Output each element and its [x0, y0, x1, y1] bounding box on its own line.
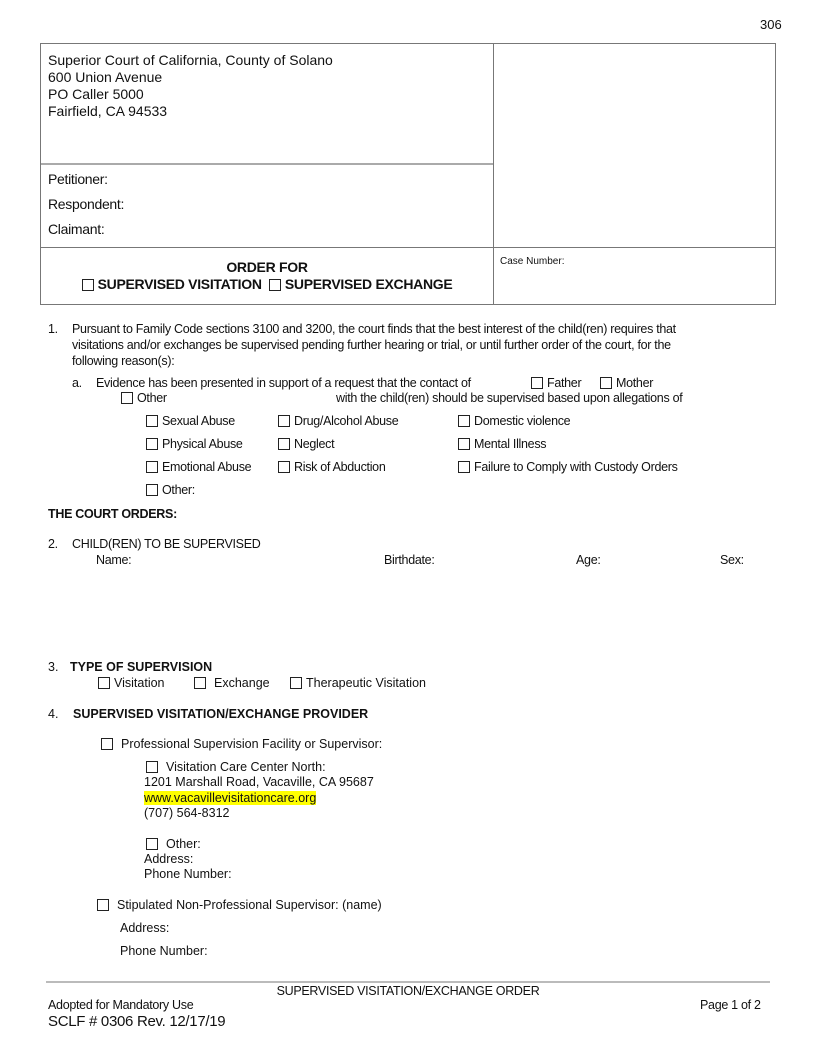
allegation-other: Other:: [146, 482, 195, 498]
stipulated-phone: Phone Number:: [120, 943, 208, 959]
mother-label: Mother: [616, 376, 653, 390]
claimant-label: Claimant:: [48, 221, 104, 237]
court-city: Fairfield, CA 94533: [48, 103, 333, 120]
divider: [493, 44, 494, 304]
neglect-checkbox[interactable]: [278, 438, 290, 450]
stipulated-option: Stipulated Non-Professional Supervisor: …: [97, 897, 382, 913]
vccn-url[interactable]: www.vacavillevisitationcare.org: [144, 790, 316, 806]
section4-title: SUPERVISED VISITATION/EXCHANGE PROVIDER: [73, 706, 368, 722]
court-street: 600 Union Avenue: [48, 69, 333, 86]
professional-checkbox[interactable]: [101, 738, 113, 750]
supervised-exchange-label: SUPERVISED EXCHANGE: [285, 276, 453, 292]
section3-number: 3.: [48, 659, 58, 675]
father-option: Father: [531, 375, 581, 391]
supervised-visitation-label: SUPERVISED VISITATION: [98, 276, 262, 292]
provider-other-option: Other:: [146, 836, 201, 852]
domestic-violence-checkbox[interactable]: [458, 415, 470, 427]
section1a-text: Evidence has been presented in support o…: [96, 375, 471, 391]
section2-number: 2.: [48, 536, 58, 552]
section2-title: CHILD(REN) TO BE SUPERVISED: [72, 536, 260, 552]
stipulated-address: Address:: [120, 920, 169, 936]
allegation-label: Other:: [162, 483, 195, 497]
allegation-risk-abduction: Risk of Abduction: [278, 459, 385, 475]
order-title: ORDER FOR: [41, 259, 493, 275]
allegation-physical-abuse: Physical Abuse: [146, 436, 243, 452]
allegation-label: Emotional Abuse: [162, 460, 251, 474]
footer-form-id: SCLF # 0306 Rev. 12/17/19: [48, 1013, 225, 1030]
physical-abuse-checkbox[interactable]: [146, 438, 158, 450]
section1-line: Pursuant to Family Code sections 3100 an…: [72, 321, 676, 337]
other-contact-option: Other: [121, 390, 167, 406]
vccn-label: Visitation Care Center North:: [166, 760, 326, 774]
father-label: Father: [547, 376, 581, 390]
type-exchange: Exchange: [194, 675, 270, 691]
section3-title: TYPE OF SUPERVISION: [70, 659, 212, 675]
therapeutic-checkbox[interactable]: [290, 677, 302, 689]
allegation-label: Drug/Alcohol Abuse: [294, 414, 398, 428]
exchange-checkbox[interactable]: [194, 677, 206, 689]
vccn-url-link[interactable]: www.vacavillevisitationcare.org: [144, 791, 316, 805]
allegation-label: Sexual Abuse: [162, 414, 235, 428]
visitation-label: Visitation: [114, 676, 165, 690]
type-visitation: Visitation: [98, 675, 165, 691]
failure-comply-checkbox[interactable]: [458, 461, 470, 473]
vccn-option: Visitation Care Center North:: [146, 759, 326, 775]
emotional-abuse-checkbox[interactable]: [146, 461, 158, 473]
order-options: SUPERVISED VISITATION SUPERVISED EXCHANG…: [41, 276, 493, 292]
allegation-neglect: Neglect: [278, 436, 334, 452]
supervised-exchange-checkbox[interactable]: [269, 279, 281, 291]
divider: [41, 163, 493, 165]
child-age-label: Age:: [576, 552, 601, 568]
child-name-label: Name:: [96, 552, 131, 568]
therapeutic-label: Therapeutic Visitation: [306, 676, 426, 690]
page-number-top: 306: [760, 17, 782, 32]
risk-abduction-checkbox[interactable]: [278, 461, 290, 473]
mother-option: Mother: [600, 375, 653, 391]
drug-alcohol-checkbox[interactable]: [278, 415, 290, 427]
supervised-visitation-checkbox[interactable]: [82, 279, 94, 291]
vccn-address: 1201 Marshall Road, Vacaville, CA 95687: [144, 774, 374, 790]
section1-line: visitations and/or exchanges be supervis…: [72, 337, 676, 353]
visitation-checkbox[interactable]: [98, 677, 110, 689]
court-address: Superior Court of California, County of …: [48, 52, 333, 120]
child-birthdate-label: Birthdate:: [384, 552, 435, 568]
child-sex-label: Sex:: [720, 552, 744, 568]
allegation-drug-alcohol: Drug/Alcohol Abuse: [278, 413, 398, 429]
footer-page: Page 1 of 2: [700, 998, 761, 1012]
section1-line: following reason(s):: [72, 353, 676, 369]
provider-other-label: Other:: [166, 837, 201, 851]
allegation-label: Neglect: [294, 437, 334, 451]
mother-checkbox[interactable]: [600, 377, 612, 389]
provider-other-phone: Phone Number:: [144, 866, 232, 882]
allegation-label: Risk of Abduction: [294, 460, 385, 474]
petitioner-label: Petitioner:: [48, 171, 108, 187]
court-po: PO Caller 5000: [48, 86, 333, 103]
respondent-label: Respondent:: [48, 196, 124, 212]
provider-other-checkbox[interactable]: [146, 838, 158, 850]
allegation-emotional-abuse: Emotional Abuse: [146, 459, 251, 475]
allegation-failure-comply: Failure to Comply with Custody Orders: [458, 459, 678, 475]
allegation-sexual-abuse: Sexual Abuse: [146, 413, 235, 429]
footer-title: SUPERVISED VISITATION/EXCHANGE ORDER: [0, 984, 816, 998]
stipulated-checkbox[interactable]: [97, 899, 109, 911]
other-contact-checkbox[interactable]: [121, 392, 133, 404]
section1-text: Pursuant to Family Code sections 3100 an…: [72, 321, 676, 369]
allegation-other-checkbox[interactable]: [146, 484, 158, 496]
divider: [41, 247, 775, 248]
allegation-label: Failure to Comply with Custody Orders: [474, 460, 678, 474]
allegation-label: Physical Abuse: [162, 437, 243, 451]
section1a-text2: with the child(ren) should be supervised…: [336, 390, 682, 406]
other-contact-label: Other: [137, 391, 167, 405]
allegation-mental-illness: Mental Illness: [458, 436, 546, 452]
vccn-checkbox[interactable]: [146, 761, 158, 773]
case-number-label: Case Number:: [500, 256, 564, 267]
footer-divider: [46, 981, 770, 983]
sexual-abuse-checkbox[interactable]: [146, 415, 158, 427]
caption-table: Superior Court of California, County of …: [40, 43, 776, 305]
stipulated-label: Stipulated Non-Professional Supervisor: …: [117, 898, 382, 912]
court-orders-heading: THE COURT ORDERS:: [48, 506, 177, 522]
court-name: Superior Court of California, County of …: [48, 52, 333, 69]
footer-adopted: Adopted for Mandatory Use: [48, 998, 193, 1012]
vccn-phone: (707) 564-8312: [144, 805, 229, 821]
professional-label: Professional Supervision Facility or Sup…: [121, 737, 382, 751]
provider-other-address: Address:: [144, 851, 193, 867]
allegation-domestic-violence: Domestic violence: [458, 413, 570, 429]
section1-number: 1.: [48, 321, 58, 337]
professional-option: Professional Supervision Facility or Sup…: [101, 736, 382, 752]
type-therapeutic: Therapeutic Visitation: [290, 675, 426, 691]
mental-illness-checkbox[interactable]: [458, 438, 470, 450]
father-checkbox[interactable]: [531, 377, 543, 389]
allegation-label: Mental Illness: [474, 437, 546, 451]
section4-number: 4.: [48, 706, 58, 722]
section1a-label: a.: [72, 375, 82, 391]
allegation-label: Domestic violence: [474, 414, 570, 428]
exchange-label: Exchange: [214, 676, 270, 690]
